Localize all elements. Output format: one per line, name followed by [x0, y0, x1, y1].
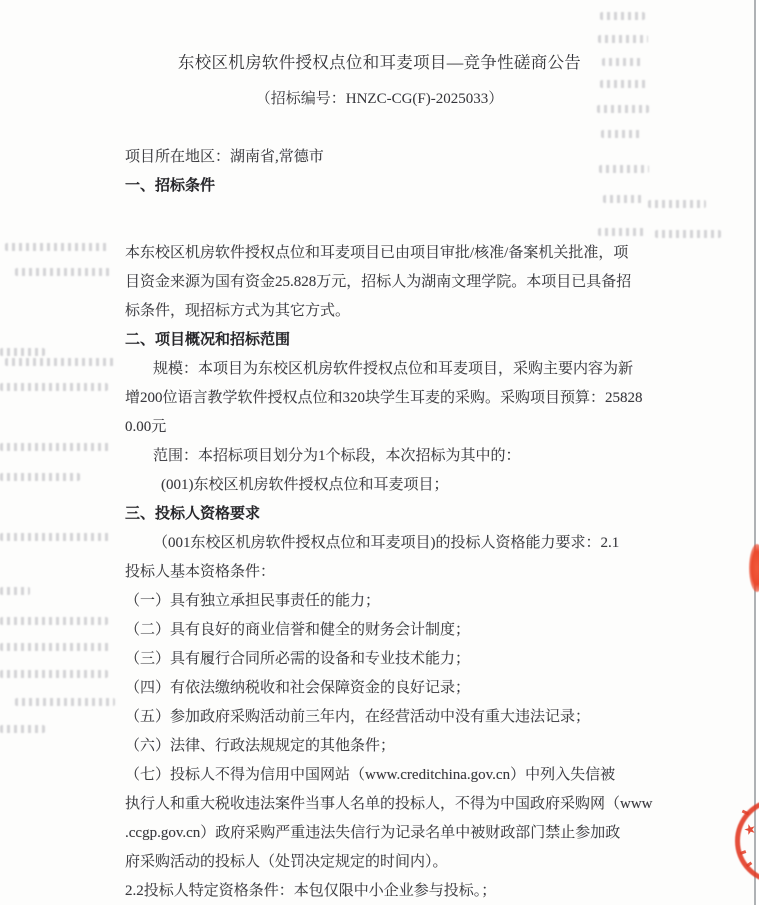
text-line: （五）参加政府采购活动前三年内，在经营活动中没有重大违法记录；	[125, 703, 660, 732]
text-line: 投标人基本资格条件：	[125, 558, 660, 587]
bleedthrough-mark	[5, 358, 115, 366]
bleedthrough-mark	[0, 533, 112, 541]
text-line: 2.2投标人特定资格条件：本包仅限中小企业参与投标。；	[125, 877, 660, 905]
bleedthrough-mark	[600, 80, 648, 88]
bleedthrough-mark	[598, 35, 648, 43]
document-title: 东校区机房软件授权点位和耳麦项目—竞争性磋商公告	[0, 52, 759, 74]
document-page: 东校区机房软件授权点位和耳麦项目—竞争性磋商公告 （招标编号：HNZC-CG(F…	[0, 0, 759, 905]
bleedthrough-mark	[15, 268, 110, 276]
text-line: 增200位语言教学软件授权点位和320块学生耳麦的采购。采购项目预算：25828	[125, 384, 660, 413]
bleedthrough-mark	[15, 698, 115, 706]
bleedthrough-mark	[655, 230, 721, 238]
page-edge-line	[754, 0, 756, 905]
text-line: 二、项目概况和招标范围	[125, 326, 660, 355]
bleedthrough-mark	[600, 12, 645, 20]
text-line: 三、投标人资格要求	[125, 500, 660, 529]
text-line: 项目所在地区：湖南省,常德市	[125, 143, 660, 172]
bleedthrough-mark	[0, 383, 108, 391]
text-line: （四）有依法缴纳税收和社会保障资金的良好记录；	[125, 674, 660, 703]
text-line: 府采购活动的投标人（处罚决定规定的时间内）。	[125, 848, 660, 877]
bleedthrough-mark	[0, 670, 108, 678]
text-line: （六）法律、行政法规规定的其他条件；	[125, 732, 660, 761]
text-line: (001)东校区机房软件授权点位和耳麦项目；	[125, 471, 660, 500]
seal-edge-mark	[749, 544, 759, 592]
bleedthrough-mark	[0, 617, 108, 625]
bleedthrough-mark	[0, 587, 30, 595]
bleedthrough-mark	[0, 643, 112, 651]
text-line: 范围：本招标项目划分为1个标段，本次招标为其中的：	[125, 442, 660, 471]
text-line: 目资金来源为国有资金25.828万元，招标人为湖南文理学院。本项目已具备招	[125, 268, 660, 297]
text-line: 规模：本项目为东校区机房软件授权点位和耳麦项目，采购主要内容为新	[125, 355, 660, 384]
bleedthrough-mark	[0, 473, 80, 481]
bleedthrough-mark	[601, 130, 641, 138]
text-line: .ccgp.gov.cn）政府采购严重违法失信行为记录名单中被财政部门禁止参加政	[125, 819, 660, 848]
text-line: 本东校区机房软件授权点位和耳麦项目已由项目审批/核准/备案机关批准，项	[125, 239, 660, 268]
bleedthrough-mark	[5, 243, 110, 251]
text-line: 0.00元	[125, 413, 660, 442]
text-line: （001东校区机房软件授权点位和耳麦项目)的投标人资格能力要求：2.1	[125, 529, 660, 558]
text-line: （三）具有履行合同所必需的设备和专业技术能力；	[125, 645, 660, 674]
bleedthrough-mark	[0, 725, 45, 733]
bleedthrough-mark	[0, 348, 45, 356]
text-line: （二）具有良好的商业信誉和健全的财务会计制度；	[125, 616, 660, 645]
text-line: 标条件，现招标方式为其它方式。	[125, 297, 660, 326]
official-seal-partial: ★	[732, 795, 759, 887]
text-line: （七）投标人不得为信用中国网站（www.creditchina.gov.cn）中…	[125, 761, 660, 790]
bid-number: （招标编号：HNZC-CG(F)-2025033）	[0, 88, 759, 110]
text-line: 执行人和重大税收违法案件当事人名单的投标人，不得为中国政府采购网（www	[125, 790, 660, 819]
document-body: 项目所在地区：湖南省,常德市一、招标条件本东校区机房软件授权点位和耳麦项目已由项…	[125, 143, 660, 905]
text-line: （一）具有独立承担民事责任的能力；	[125, 587, 660, 616]
text-line: 一、招标条件	[125, 172, 660, 201]
bleedthrough-mark	[0, 443, 112, 451]
